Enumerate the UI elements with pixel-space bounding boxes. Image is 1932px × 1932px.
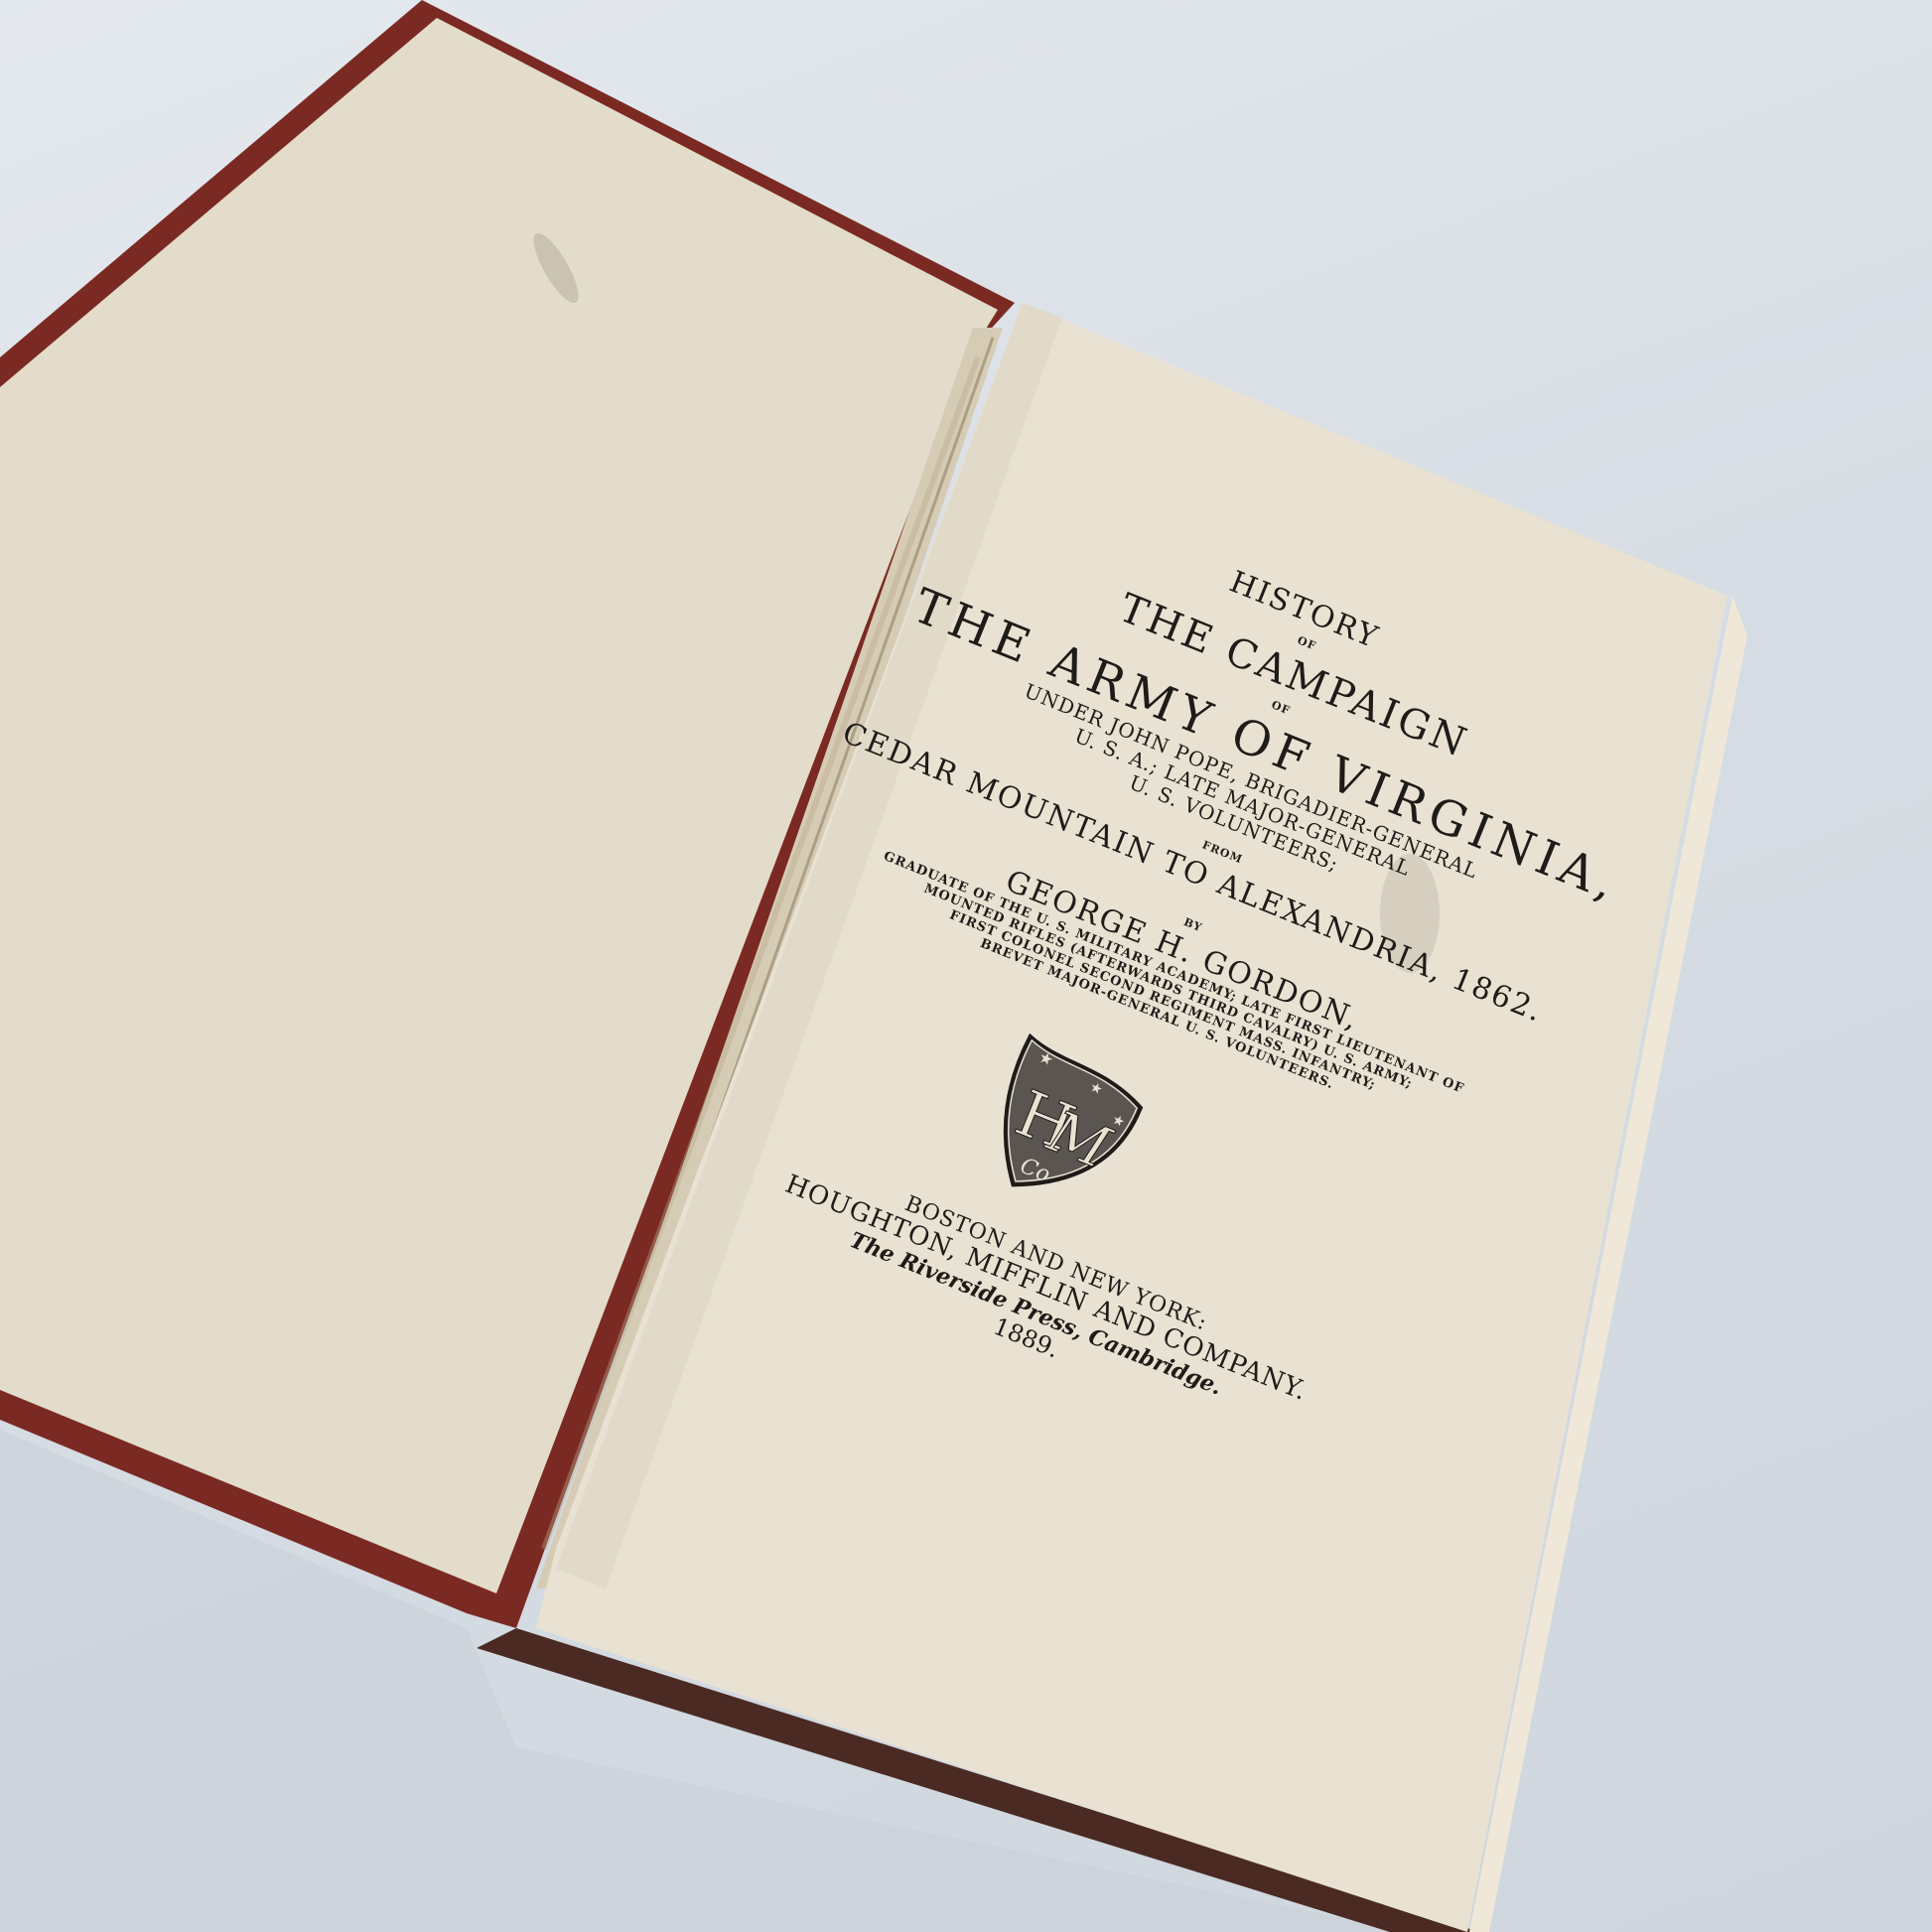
photo-scene: HISTORY OF THE CAMPAIGN OF THE ARMY OF V… [0,0,1932,1932]
publisher-shield-monogram-icon: ★ ★ ★ H M Co [956,1011,1175,1230]
